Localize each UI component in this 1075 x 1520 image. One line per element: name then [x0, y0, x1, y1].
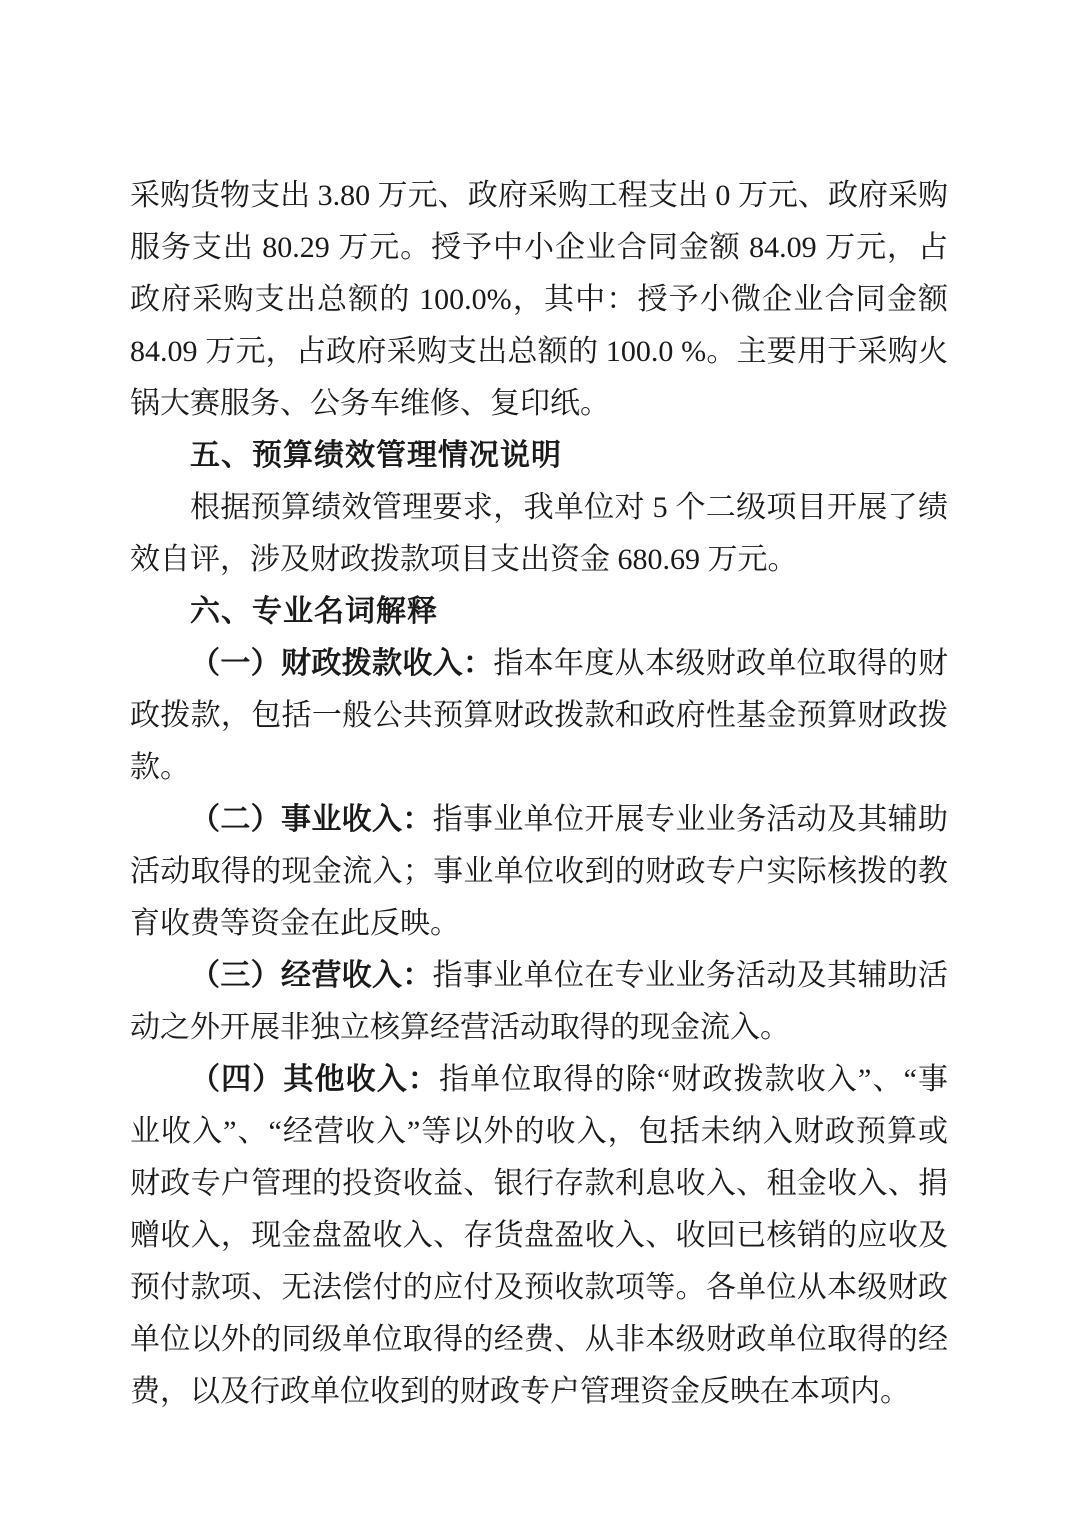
paragraph: （三）经营收入：指事业单位在专业业务活动及其辅助活动之外开展非独立核算经营活动取… [130, 950, 948, 1054]
paragraph-lead: （四）其他收入： [190, 1063, 439, 1096]
paragraph-lead: （一）财政拨款收入： [190, 647, 493, 680]
document-page: 采购货物支出 3.80 万元、政府采购工程支出 0 万元、政府采购服务支出 80… [0, 0, 1075, 1520]
paragraph: （一）财政拨款收入：指本年度从本级财政单位取得的财政拨款，包括一般公共预算财政拨… [130, 638, 948, 794]
paragraph: （二）事业收入：指事业单位开展专业业务活动及其辅助活动取得的现金流入；事业单位收… [130, 794, 948, 950]
page-number: - 9 - [0, 1372, 1075, 1402]
document-body: 采购货物支出 3.80 万元、政府采购工程支出 0 万元、政府采购服务支出 80… [130, 170, 948, 1418]
section-heading: 五、预算绩效管理情况说明 [130, 430, 948, 482]
paragraph-lead: （二）事业收入： [190, 803, 433, 836]
paragraph-lead: （三）经营收入： [190, 959, 433, 992]
paragraph: 根据预算绩效管理要求，我单位对 5 个二级项目开展了绩效自评，涉及财政拨款项目支… [130, 482, 948, 586]
section-heading: 六、专业名词解释 [130, 586, 948, 638]
paragraph: 采购货物支出 3.80 万元、政府采购工程支出 0 万元、政府采购服务支出 80… [130, 170, 948, 430]
paragraph: （四）其他收入：指单位取得的除“财政拨款收入”、“事业收入”、“经营收入”等以外… [130, 1054, 948, 1418]
